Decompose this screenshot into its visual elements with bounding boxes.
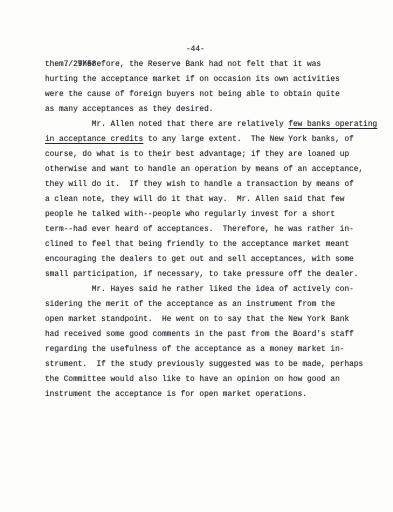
page-header: 7/29/58 -44- <box>45 43 367 58</box>
text-line: the Committee would also like to have an… <box>45 373 367 388</box>
text-line: term--had ever heard of acceptances. The… <box>45 223 367 238</box>
text-segment: to any large extent. The New York banks,… <box>143 136 354 144</box>
text-line: were the cause of foreign buyers not bei… <box>45 88 367 103</box>
text-line: sidering the merit of the acceptance as … <box>45 298 367 313</box>
text-segment: instrument the acceptance is for open ma… <box>45 391 307 399</box>
document-page: 7/29/58 -44- them. Therefore, the Reserv… <box>0 0 393 512</box>
text-segment: people he talked with--people who regula… <box>45 211 335 219</box>
text-segment: a clean note, they will do it that way. … <box>45 196 344 204</box>
page-number: -44- <box>186 43 205 58</box>
text-line: they will do it. If they wish to handle … <box>45 178 367 193</box>
text-segment: hurting the acceptance market if on occa… <box>45 76 340 84</box>
text-line: instrument the acceptance is for open ma… <box>45 388 367 403</box>
text-segment: encouraging the dealers to get out and s… <box>45 256 354 264</box>
text-line: encouraging the dealers to get out and s… <box>45 253 367 268</box>
text-segment: the Committee would also like to have an… <box>45 376 340 384</box>
text-segment: sidering the merit of the acceptance as … <box>45 301 335 309</box>
text-segment: small participation, if necessary, to ta… <box>45 271 359 279</box>
document-body: them. Therefore, the Reserve Bank had no… <box>45 58 367 403</box>
text-line: open market standpoint. He went on to sa… <box>45 313 367 328</box>
text-line: course, do what is to their best advanta… <box>45 148 367 163</box>
text-line: Mr. Hayes said he rather liked the idea … <box>45 283 367 298</box>
text-segment: Mr. Allen noted that there are relativel… <box>45 121 288 129</box>
text-line: as many acceptances as they desired. <box>45 103 367 118</box>
text-line: small participation, if necessary, to ta… <box>45 268 367 283</box>
text-segment: as many acceptances as they desired. <box>45 106 213 114</box>
text-line: a clean note, they will do it that way. … <box>45 193 367 208</box>
header-date: 7/29/58 <box>64 61 97 69</box>
underlined-text: in acceptance credits <box>45 136 143 144</box>
text-segment: term--had ever heard of acceptances. The… <box>45 226 354 234</box>
text-segment: otherwise and want to handle an operatio… <box>45 166 363 174</box>
text-segment: course, do what is to their best advanta… <box>45 151 349 159</box>
text-line: clined to feel that being friendly to th… <box>45 238 367 253</box>
text-line: regarding the usefulness of the acceptan… <box>45 343 367 358</box>
text-segment: Mr. Hayes said he rather liked the idea … <box>45 286 354 294</box>
text-segment: were the cause of foreign buyers not bei… <box>45 91 340 99</box>
text-segment: regarding the usefulness of the acceptan… <box>45 346 344 354</box>
text-segment: clined to feel that being friendly to th… <box>45 241 349 249</box>
text-line: otherwise and want to handle an operatio… <box>45 163 367 178</box>
text-line: in acceptance credits to any large exten… <box>45 133 367 148</box>
text-line: people he talked with--people who regula… <box>45 208 367 223</box>
text-segment: they will do it. If they wish to handle … <box>45 181 354 189</box>
underlined-text: few banks operating <box>288 121 377 129</box>
text-line: Mr. Allen noted that there are relativel… <box>45 118 367 133</box>
text-segment: had received some good comments in the p… <box>45 331 354 339</box>
text-segment: strument. If the study previously sugges… <box>45 361 363 369</box>
text-line: had received some good comments in the p… <box>45 328 367 343</box>
text-line: hurting the acceptance market if on occa… <box>45 73 367 88</box>
text-line: strument. If the study previously sugges… <box>45 358 367 373</box>
text-segment: open market standpoint. He went on to sa… <box>45 316 349 324</box>
